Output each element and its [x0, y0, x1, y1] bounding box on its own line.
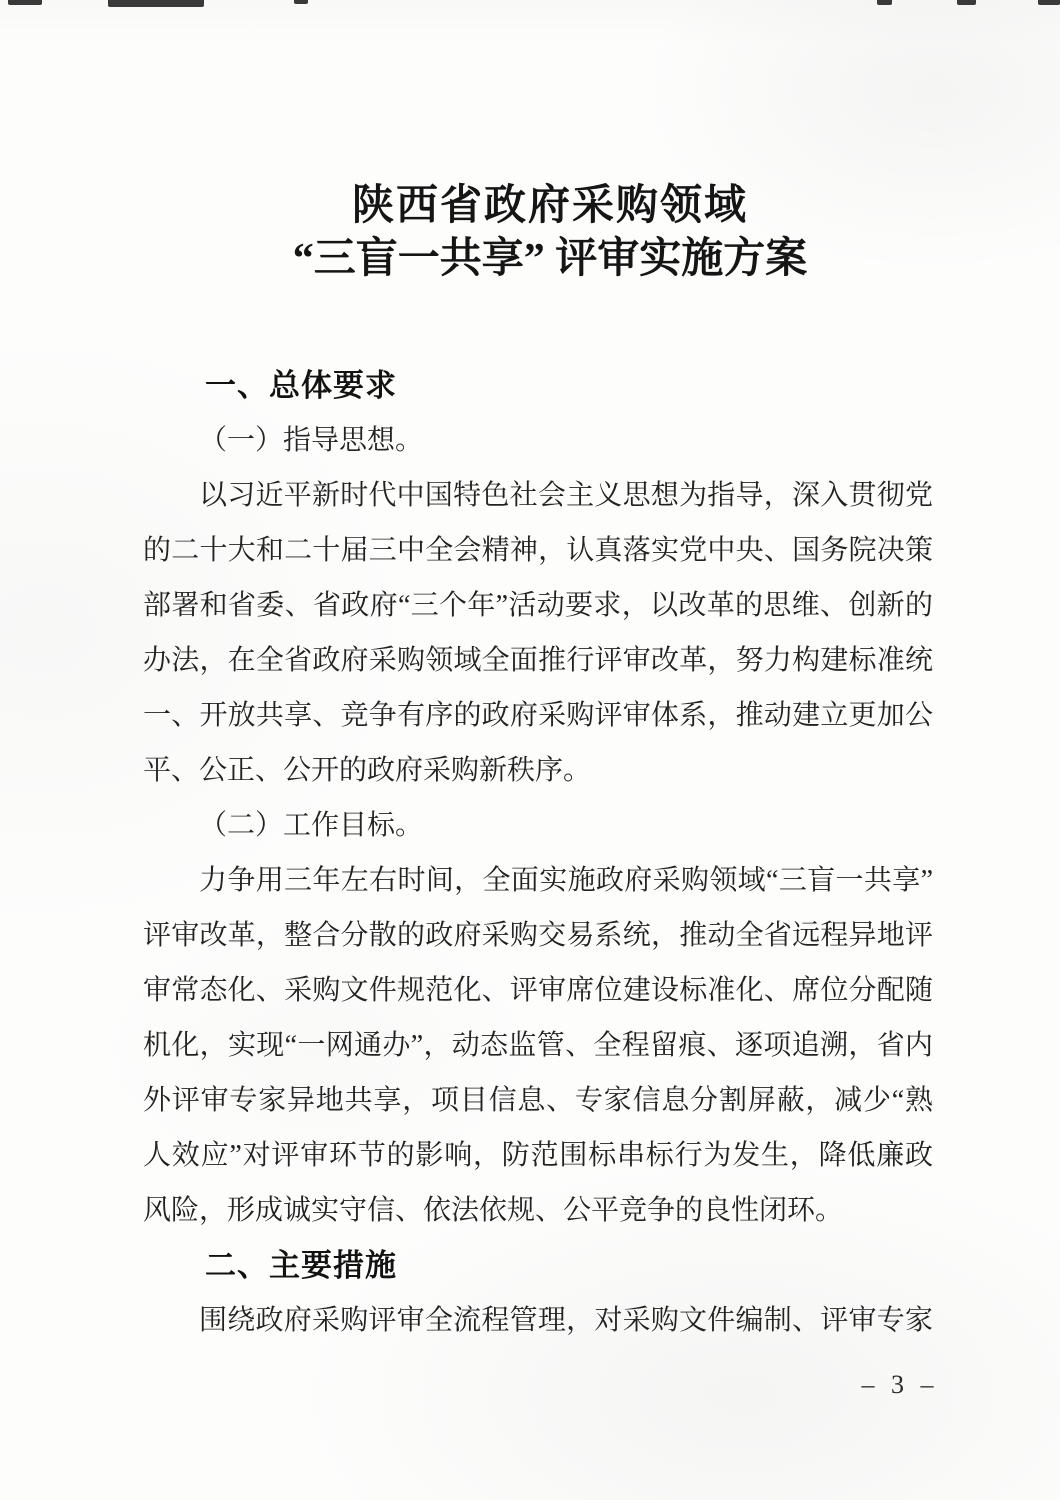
scan-artifact	[108, 0, 204, 7]
paragraph-work-goals: 力争用三年左右时间，全面实施政府采购领域“三盲一共享”评审改革，整合分散的政府采…	[143, 853, 933, 1238]
scan-artifact	[1038, 0, 1060, 5]
document-title: 陕西省政府采购领域 “三盲一共享” 评审实施方案	[120, 180, 980, 286]
section-heading-2: 二、主要措施	[143, 1238, 933, 1293]
scan-artifact	[294, 0, 308, 4]
paragraph-main-measures-partial: 围绕政府采购评审全流程管理，对采购文件编制、评审专家	[143, 1293, 933, 1348]
page-number: – 3 –	[860, 1370, 940, 1400]
subsection-heading-1-1: （一）指导思想。	[143, 413, 933, 468]
document-page: 陕西省政府采购领域 “三盲一共享” 评审实施方案 一、总体要求 （一）指导思想。…	[0, 0, 1060, 1500]
scan-artifact	[957, 0, 976, 5]
document-title-line-2: “三盲一共享” 评审实施方案	[120, 233, 980, 286]
subsection-heading-1-2: （二）工作目标。	[143, 798, 933, 853]
section-heading-1: 一、总体要求	[143, 358, 933, 413]
scan-artifact	[877, 0, 892, 5]
document-title-line-1: 陕西省政府采购领域	[120, 180, 980, 233]
paragraph-guiding-ideology: 以习近平新时代中国特色社会主义思想为指导，深入贯彻党的二十大和二十届三中全会精神…	[143, 468, 933, 798]
document-body: 一、总体要求 （一）指导思想。 以习近平新时代中国特色社会主义思想为指导，深入贯…	[143, 358, 933, 1348]
scan-artifact	[8, 0, 42, 5]
